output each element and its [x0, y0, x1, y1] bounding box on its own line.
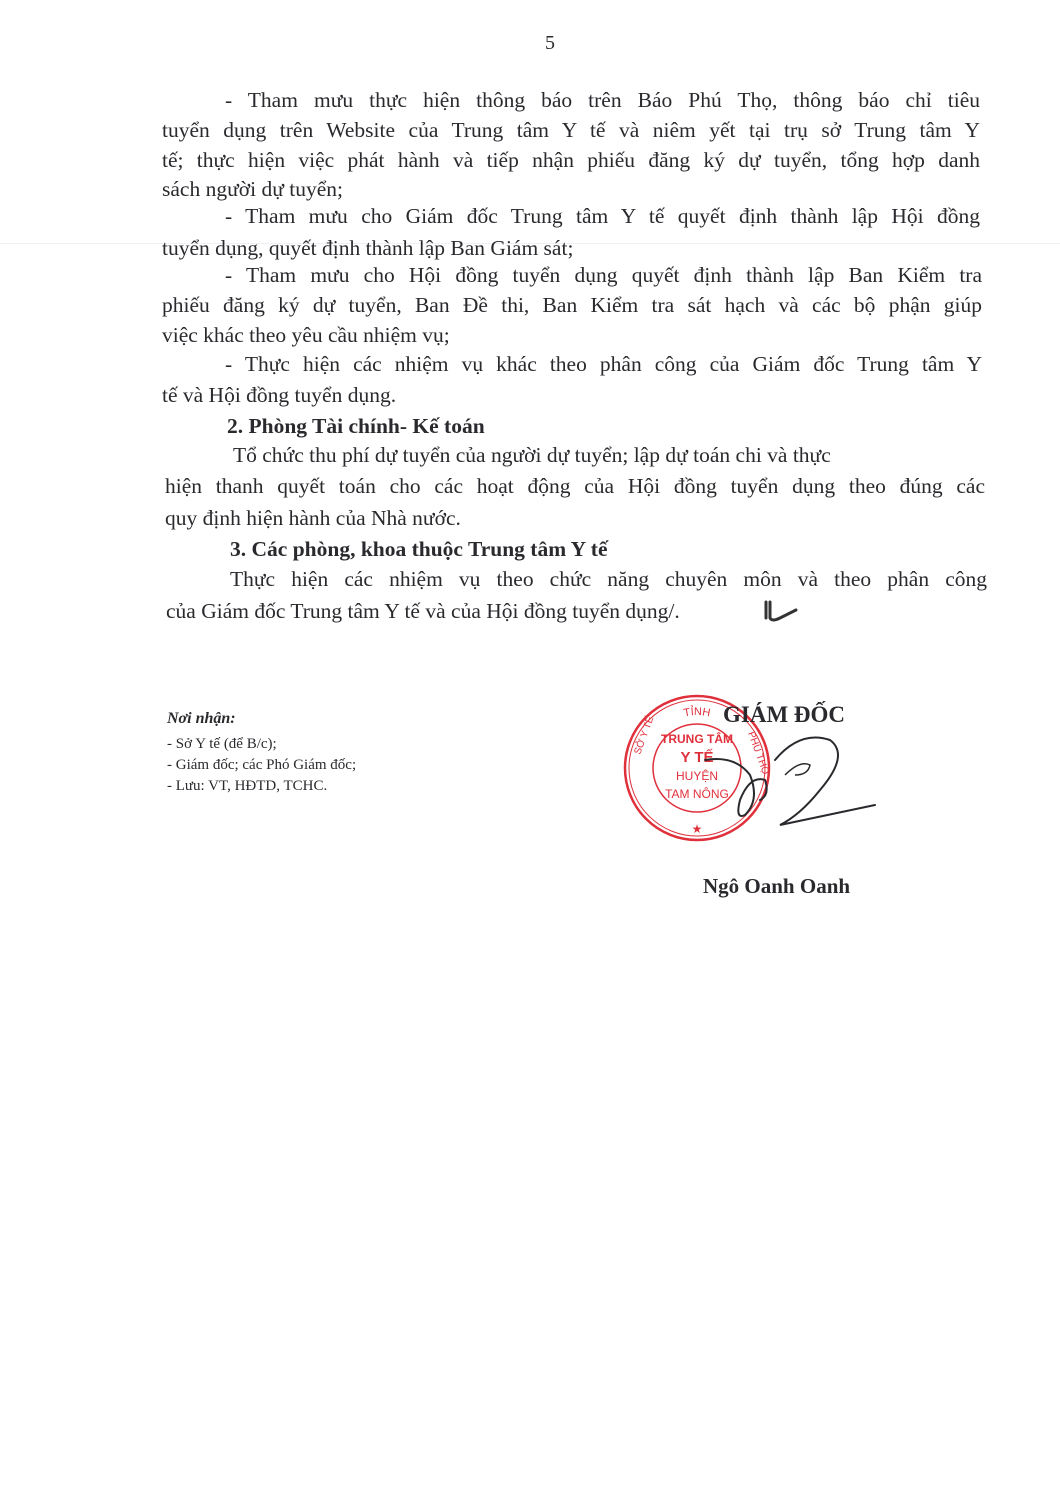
body-line: sách người dự tuyển;	[162, 176, 343, 202]
body-line: tế và Hội đồng tuyển dụng.	[162, 382, 396, 408]
body-line: - Tham mưu thực hiện thông báo trên Báo …	[225, 87, 980, 113]
body-line: - Thực hiện các nhiệm vụ khác theo phân …	[225, 351, 982, 377]
body-line: việc khác theo yêu cầu nhiệm vụ;	[162, 322, 450, 348]
initials-mark-icon	[760, 598, 804, 624]
body-line: Tổ chức thu phí dự tuyển của người dự tu…	[233, 442, 831, 468]
signer-name: Ngô Oanh Oanh	[703, 874, 850, 899]
body-line: tế; thực hiện việc phát hành và tiếp nhậ…	[162, 147, 980, 173]
recipient-item: - Sở Y tế (để B/c);	[167, 734, 277, 754]
body-line: quy định hiện hành của Nhà nước.	[165, 505, 461, 531]
recipients-title: Nơi nhận:	[167, 710, 236, 728]
svg-text:TỈNH: TỈNH	[683, 705, 712, 719]
recipient-item: - Lưu: VT, HĐTD, TCHC.	[167, 776, 327, 796]
body-line: phiếu đăng ký dự tuyển, Ban Đề thi, Ban …	[162, 292, 982, 318]
body-line: Thực hiện các nhiệm vụ theo chức năng ch…	[230, 566, 987, 592]
body-line: tuyển dụng trên Website của Trung tâm Y …	[162, 117, 980, 143]
svg-text:SỞ Y TẾ: SỞ Y TẾ	[631, 714, 657, 756]
body-line: tuyển dụng, quyết định thành lập Ban Giá…	[162, 235, 573, 261]
body-line: - Tham mưu cho Giám đốc Trung tâm Y tế q…	[225, 203, 980, 229]
recipient-item: - Giám đốc; các Phó Giám đốc;	[167, 755, 356, 775]
handwritten-signature-icon	[690, 720, 890, 840]
body-line: hiện thanh quyết toán cho các hoạt động …	[165, 473, 985, 499]
section-heading: 3. Các phòng, khoa thuộc Trung tâm Y tế	[230, 536, 608, 562]
body-line: - Tham mưu cho Hội đồng tuyển dụng quyết…	[225, 262, 982, 288]
section-heading: 2. Phòng Tài chính- Kế toán	[227, 413, 485, 439]
body-line: của Giám đốc Trung tâm Y tế và của Hội đ…	[166, 598, 680, 624]
page-number: 5	[0, 32, 1060, 55]
